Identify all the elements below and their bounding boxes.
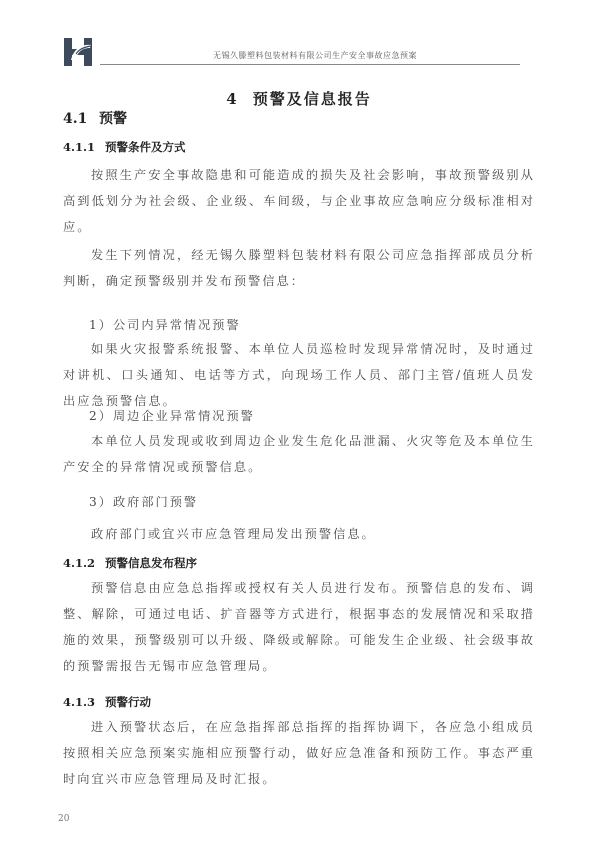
paragraph-warning-actions: 进入预警状态后，在应急指挥部总指挥的指挥协调下，各应急小组成员按照相关应急预案实… — [63, 714, 535, 792]
section-number: 4.1.2 — [63, 556, 105, 570]
company-logo-icon — [64, 38, 94, 66]
list-item-text: 本单位人员发现或收到周边企业发生危化品泄漏、火灾等危及本单位生产安全的异常情况或… — [63, 428, 535, 480]
section-title: 预警信息发布程序 — [105, 556, 197, 570]
list-item-label: 1）公司内异常情况预警 — [89, 316, 241, 333]
section-title: 预警行动 — [105, 695, 151, 709]
chapter-title-text: 预警及信息报告 — [253, 90, 372, 108]
list-item-text: 政府部门或宜兴市应急管理局发出预警信息。 — [63, 521, 535, 547]
section-number: 4.1.3 — [63, 695, 105, 709]
section-number: 4.1 — [63, 111, 99, 127]
paragraph-release-procedure: 预警信息由应急总指挥或授权有关人员进行发布。预警信息的发布、调整、解除，可通过电… — [63, 575, 535, 679]
chapter-title: 4预警及信息报告 — [0, 88, 598, 109]
chapter-number: 4 — [226, 90, 238, 108]
page-number: 20 — [58, 814, 69, 824]
section-title: 预警条件及方式 — [105, 140, 186, 154]
paragraph-warning-levels: 按照生产安全事故隐患和可能造成的损失及社会影响，事故预警级别从高到低划分为社会级… — [63, 162, 535, 240]
document-header-title: 无锡久滕塑料包装材料有限公司生产安全事故应急预案 — [105, 50, 525, 61]
paragraph-warning-conditions: 发生下列情况，经无锡久滕塑料包装材料有限公司应急指挥部成员分析判断，确定预警级别… — [63, 242, 535, 294]
header-divider — [100, 64, 520, 65]
section-heading-4-1-3: 4.1.3预警行动 — [63, 694, 151, 710]
section-heading-4-1-2: 4.1.2预警信息发布程序 — [63, 555, 197, 571]
list-item-label: 3）政府部门预警 — [89, 493, 198, 510]
list-item-label: 2）周边企业异常情况预警 — [89, 407, 255, 424]
section-heading-4-1: 4.1预警 — [63, 108, 127, 128]
section-number: 4.1.1 — [63, 140, 105, 154]
section-heading-4-1-1: 4.1.1预警条件及方式 — [63, 139, 186, 155]
list-item-text: 如果火灾报警系统报警、本单位人员巡检时发现异常情况时，及时通过对讲机、口头通知、… — [63, 336, 535, 414]
section-title: 预警 — [99, 111, 127, 127]
